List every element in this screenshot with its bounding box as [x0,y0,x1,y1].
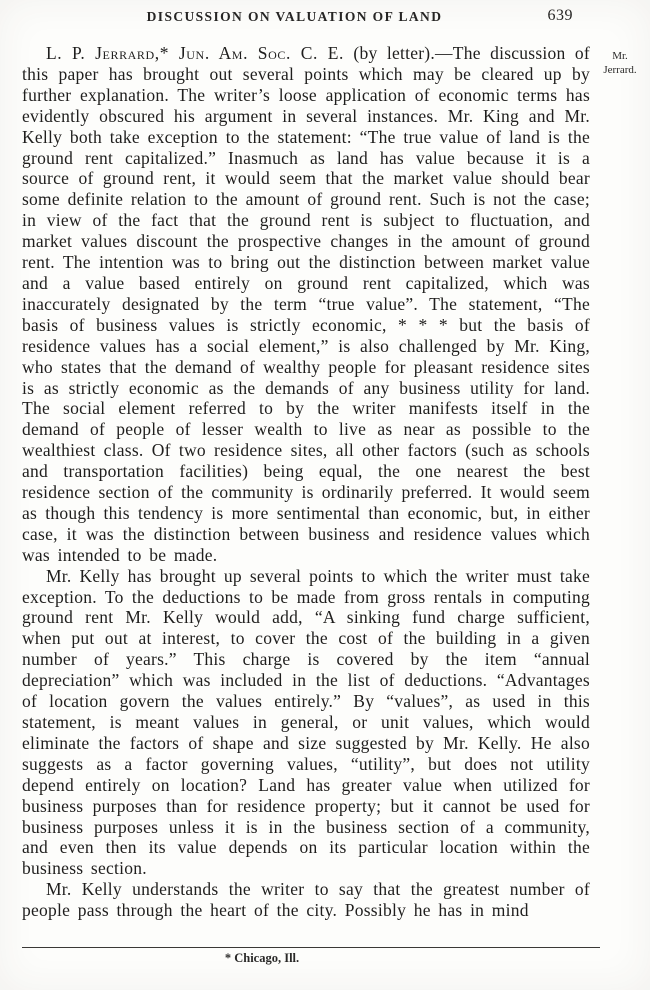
page-number: 639 [548,7,574,25]
page: DISCUSSION ON VALUATION OF LAND 639 Mr. … [0,0,650,990]
margin-note-line1: Mr. [592,50,648,64]
paragraph-jerrard-letter: L. P. Jerrard,* Jun. Am. Soc. C. E. (by … [22,43,590,566]
page-title: DISCUSSION ON VALUATION OF LAND [147,9,443,24]
margin-note: Mr. Jerrard. [592,50,648,77]
author-name-lead: L. P. Jerrard,* Jun. Am. Soc. C. E. [46,43,344,63]
body-text: L. P. Jerrard,* Jun. Am. Soc. C. E. (by … [22,43,590,921]
paragraph-1-text: (by letter).—The discussion of this pape… [22,43,590,565]
footnote-text: Chicago, Ill. [234,951,299,965]
margin-note-line2: Jerrard. [592,64,648,78]
running-head: DISCUSSION ON VALUATION OF LAND [22,9,567,25]
footnote-marker: * [225,951,231,965]
footnote: * Chicago, Ill. [22,951,502,966]
paragraph-kelly-understands: Mr. Kelly understands the writer to say … [22,879,590,921]
paragraph-kelly-deductions: Mr. Kelly has brought up several points … [22,566,590,880]
footnote-divider [22,947,600,948]
